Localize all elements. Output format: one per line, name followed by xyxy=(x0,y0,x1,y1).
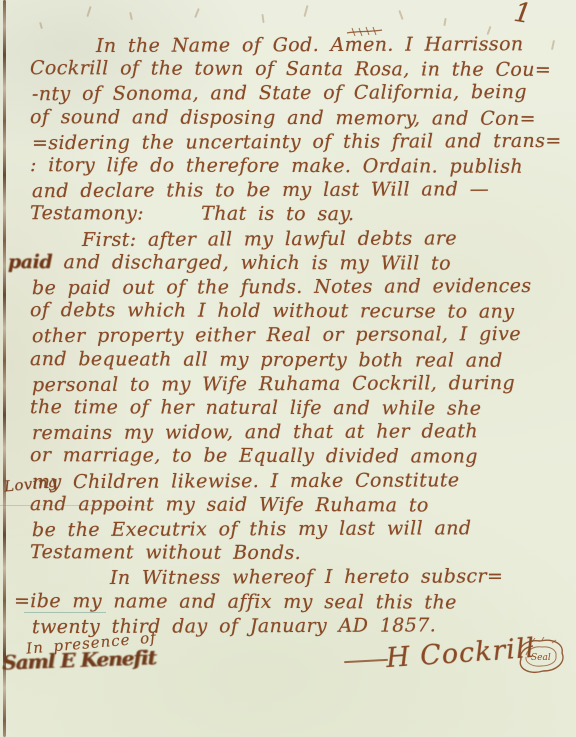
will-line: of debts which I hold without recurse to… xyxy=(30,298,560,324)
will-line: Lovingmy Children likewise. I make Const… xyxy=(32,467,562,494)
paper-left-edge xyxy=(3,0,6,737)
bleed-mark xyxy=(194,8,200,18)
will-line-text: and discharged, which is my Will to xyxy=(52,251,451,274)
smudged-word: paid xyxy=(8,251,52,273)
will-line: the time of her natural life and while s… xyxy=(30,395,560,421)
signature-lead-stroke xyxy=(344,659,388,663)
bleed-mark xyxy=(398,10,403,20)
page-number: 1 xyxy=(512,0,534,30)
bleed-mark xyxy=(303,5,308,17)
witness-signature: Saml E Kenefit xyxy=(2,645,156,674)
bleed-mark xyxy=(86,6,91,17)
will-line: be the Executrix of this my last will an… xyxy=(32,516,562,543)
will-line: In the Name of God. Amen. I Harrisson xyxy=(96,32,562,58)
will-line: or marriage, to be Equally divided among xyxy=(30,444,560,470)
bleed-mark xyxy=(443,18,446,26)
will-body: In the Name of God. Amen. I Harrisson Co… xyxy=(30,33,560,638)
will-line-text: my Children likewise. I make Constitute xyxy=(32,469,460,493)
will-line: other property either Real or personal, … xyxy=(32,322,562,349)
bleed-mark xyxy=(129,12,133,20)
will-line: personal to my Wife Ruhama Cockrill, dur… xyxy=(32,371,562,398)
bleed-mark xyxy=(261,14,264,23)
seal-label: Seal xyxy=(531,653,551,663)
wax-seal-scribble: Seal xyxy=(512,636,568,678)
will-line: =sidering the uncertainty of this frail … xyxy=(32,129,562,156)
will-line: and declare this to be my last Will and … xyxy=(32,177,562,204)
will-line: First: after all my lawful debts are xyxy=(82,226,562,252)
will-line: In Witness whereof I hereto subscr= xyxy=(110,564,562,590)
will-line: =ibe my name and affix my seal this the xyxy=(14,589,560,615)
will-line: Testament without Bonds. xyxy=(30,540,560,566)
will-line: paid and discharged, which is my Will to xyxy=(8,250,560,276)
will-line: be paid out of the funds. Notes and evid… xyxy=(32,274,562,301)
will-line: : itory life do therefore make. Ordain. … xyxy=(30,153,560,179)
will-line: of sound and disposing and memory, and C… xyxy=(30,105,560,131)
bleed-mark xyxy=(39,22,43,29)
will-line: and appoint my said Wife Ruhama to xyxy=(30,492,560,518)
will-line: and bequeath all my property both real a… xyxy=(30,347,560,373)
will-line: Cockrill of the town of Santa Rosa, in t… xyxy=(30,56,560,82)
will-line: Testamony: That is to say. xyxy=(30,201,560,227)
will-line: -nty of Sonoma, and State of California,… xyxy=(32,80,562,107)
will-line: remains my widow, and that at her death xyxy=(32,419,562,446)
